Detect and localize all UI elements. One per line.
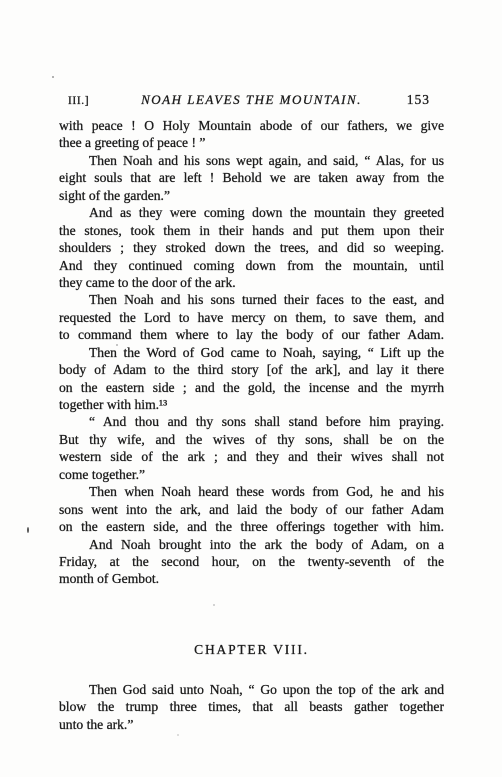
text-line: on the eastern side ; and the gold, the … — [59, 379, 444, 396]
text-line: But thy wife, and the wives of thy sons,… — [59, 431, 444, 448]
text-line: requested the Lord to have mercy on them… — [59, 309, 444, 326]
chapter-signature: III.] — [59, 94, 89, 109]
text-line: Then when Noah heard these words from Go… — [59, 483, 444, 500]
text-line: sons went into the ark, and laid the bod… — [59, 501, 444, 518]
text-line: Then Noah and his sons wept again, and s… — [59, 152, 444, 169]
scan-speck — [175, 215, 177, 217]
scan-speck — [116, 344, 118, 346]
text-line: the stones, took them in their hands and… — [59, 222, 444, 239]
page-number: 153 — [407, 92, 444, 107]
text-block: with peace ! O Holy Mountain abode of ou… — [59, 117, 444, 733]
text-line: Then the Word of God came to Noah, sayin… — [59, 344, 444, 361]
text-line: month of Gembot. — [59, 570, 444, 587]
chapter-heading: CHAPTER VIII. — [59, 641, 444, 658]
text-line: Friday, at the second hour, on the twent… — [59, 553, 444, 570]
text-line: to command them where to lay the body of… — [59, 326, 444, 343]
text-line: Then God said unto Noah, “ Go upon the t… — [59, 681, 444, 698]
text-line: “ And thou and thy sons shall stand befo… — [59, 413, 444, 430]
running-header: III.] NOAH LEAVES THE MOUNTAIN. 153 — [59, 92, 444, 109]
text-line: Then Noah and his sons turned their face… — [59, 291, 444, 308]
text-line: And they continued coming down from the … — [59, 257, 444, 274]
text-line: on the eastern side, and the three offer… — [59, 518, 444, 535]
text-line: shoulders ; they stroked down the trees,… — [59, 239, 444, 256]
text-line: body of Adam to the third story [of the … — [59, 361, 444, 378]
text-line: thee a greeting of peace ! ” — [59, 134, 444, 151]
scan-speck — [27, 527, 29, 533]
text-line: unto the ark.” — [59, 716, 444, 733]
book-page: III.] NOAH LEAVES THE MOUNTAIN. 153 with… — [0, 0, 502, 777]
scan-speck — [213, 604, 215, 606]
scan-speck — [177, 734, 179, 736]
text-line: And Noah brought into the ark the body o… — [59, 536, 444, 553]
text-line: together with him.¹³ — [59, 396, 444, 413]
text-line: blow the trump three times, that all bea… — [59, 698, 444, 715]
text-line: with peace ! O Holy Mountain abode of ou… — [59, 117, 444, 134]
scan-speck — [52, 76, 54, 78]
text-line: western side of the ark ; and they and t… — [59, 448, 444, 465]
text-line: And as they were coming down the mountai… — [59, 204, 444, 221]
text-line: come together.” — [59, 466, 444, 483]
text-line: sight of the garden.” — [59, 187, 444, 204]
running-title: NOAH LEAVES THE MOUNTAIN. — [141, 92, 362, 107]
text-line: they came to the door of the ark. — [59, 274, 444, 291]
text-line: eight souls that are left ! Behold we ar… — [59, 169, 444, 186]
